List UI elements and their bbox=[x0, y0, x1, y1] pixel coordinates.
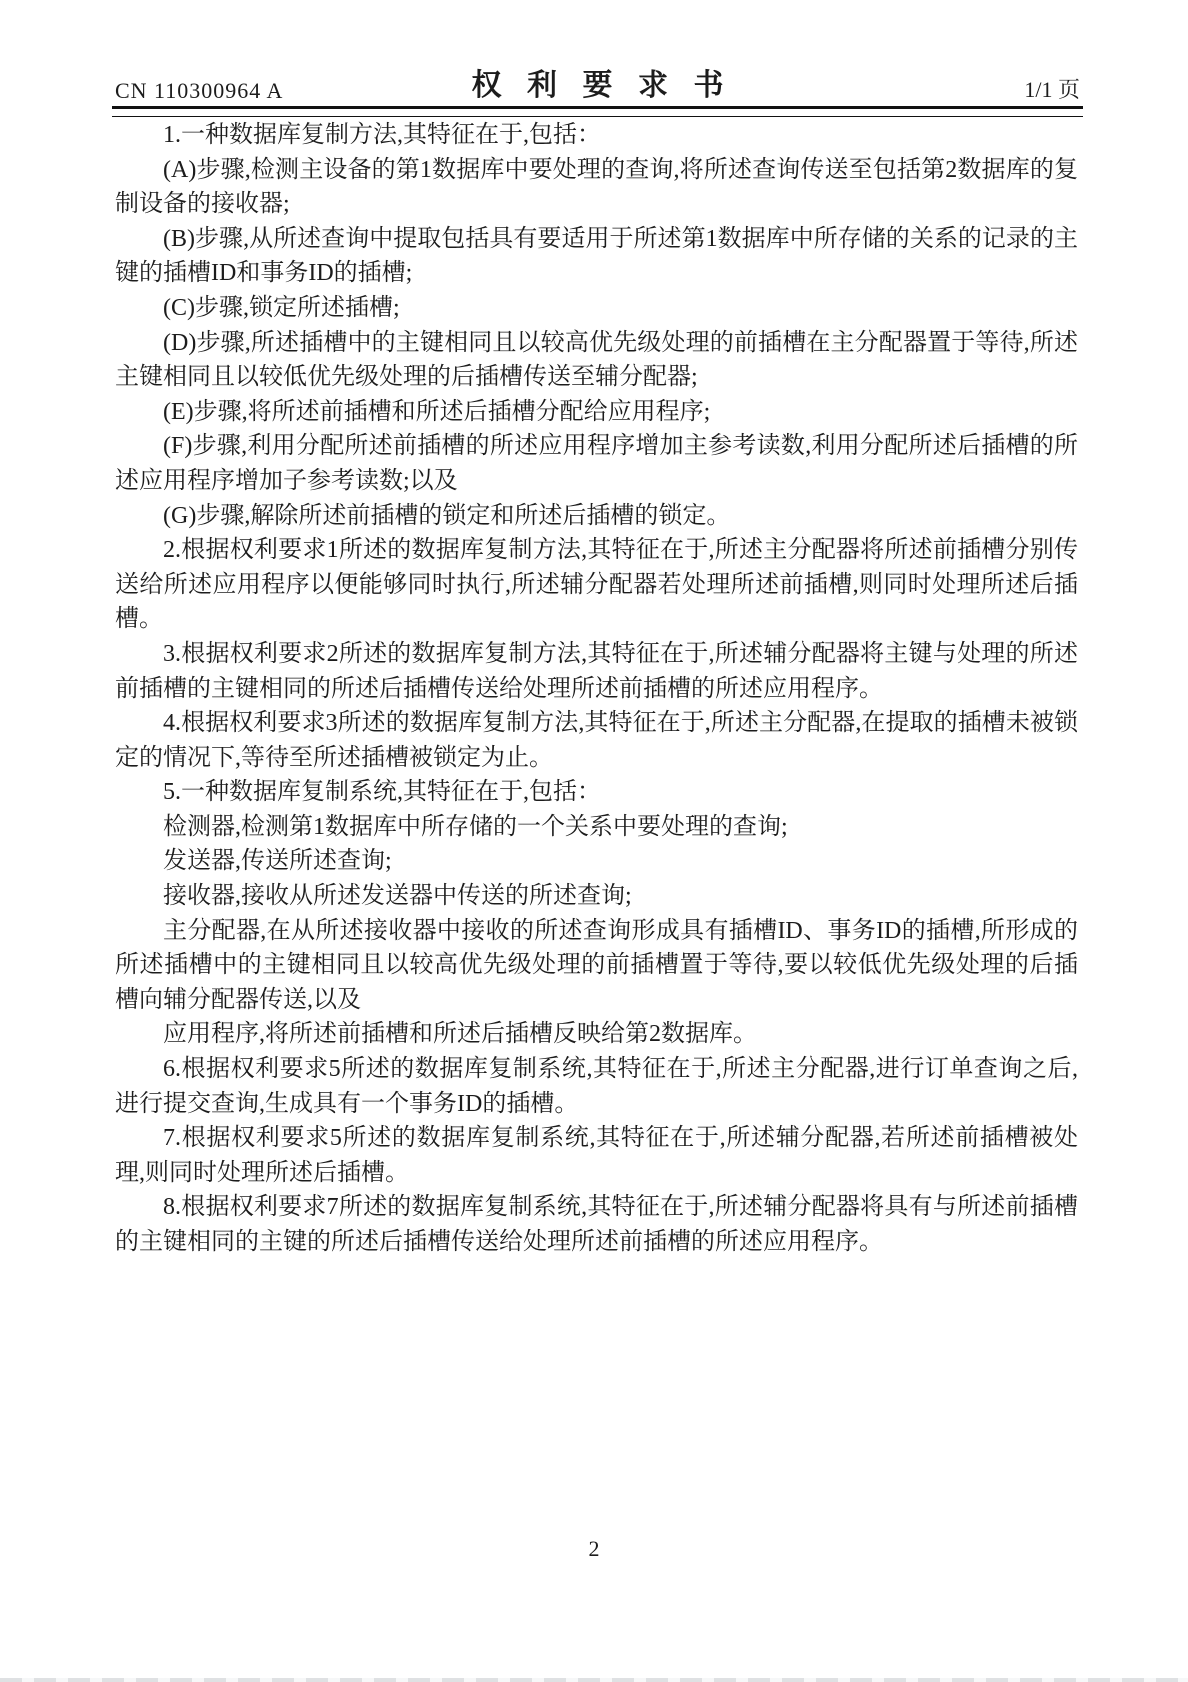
claim-paragraph: 2.根据权利要求1所述的数据库复制方法,其特征在于,所述主分配器将所述前插槽分别… bbox=[115, 533, 1078, 637]
claim-paragraph: 接收器,接收从所述发送器中传送的所述查询; bbox=[115, 879, 1078, 914]
page-header: CN 110300964 A 权利要求书 1/1 页 bbox=[115, 72, 1080, 104]
claim-paragraph: (A)步骤,检测主设备的第1数据库中要处理的查询,将所述查询传送至包括第2数据库… bbox=[115, 153, 1078, 222]
claim-paragraph: 6.根据权利要求5所述的数据库复制系统,其特征在于,所述主分配器,进行订单查询之… bbox=[115, 1052, 1078, 1121]
claim-paragraph: 应用程序,将所述前插槽和所述后插槽反映给第2数据库。 bbox=[115, 1017, 1078, 1052]
claim-paragraph: 1.一种数据库复制方法,其特征在于,包括： bbox=[115, 118, 1078, 153]
claim-paragraph: (C)步骤,锁定所述插槽; bbox=[115, 291, 1078, 326]
claim-paragraph: 5.一种数据库复制系统,其特征在于,包括： bbox=[115, 775, 1078, 810]
claim-paragraph: 3.根据权利要求2所述的数据库复制方法,其特征在于,所述辅分配器将主键与处理的所… bbox=[115, 637, 1078, 706]
document-number: CN 110300964 A bbox=[115, 78, 283, 104]
claim-paragraph: (F)步骤,利用分配所述前插槽的所述应用程序增加主参考读数,利用分配所述后插槽的… bbox=[115, 429, 1078, 498]
claims-body: 1.一种数据库复制方法,其特征在于,包括： (A)步骤,检测主设备的第1数据库中… bbox=[115, 118, 1078, 1260]
claim-paragraph: 检测器,检测第1数据库中所存储的一个关系中要处理的查询; bbox=[115, 810, 1078, 845]
claim-paragraph: (B)步骤,从所述查询中提取包括具有要适用于所述第1数据库中所存储的关系的记录的… bbox=[115, 222, 1078, 291]
claim-paragraph: 主分配器,在从所述接收器中接收的所述查询形成具有插槽ID、事务ID的插槽,所形成… bbox=[115, 914, 1078, 1018]
claim-paragraph: 发送器,传送所述查询; bbox=[115, 844, 1078, 879]
claim-paragraph: 8.根据权利要求7所述的数据库复制系统,其特征在于,所述辅分配器将具有与所述前插… bbox=[115, 1190, 1078, 1259]
page-indicator: 1/1 页 bbox=[1024, 73, 1080, 104]
claim-paragraph: (D)步骤,所述插槽中的主键相同且以较高优先级处理的前插槽在主分配器置于等待,所… bbox=[115, 326, 1078, 395]
patent-claims-page: CN 110300964 A 权利要求书 1/1 页 1.一种数据库复制方法,其… bbox=[0, 0, 1188, 1682]
header-divider bbox=[112, 106, 1083, 117]
page-number: 2 bbox=[0, 1536, 1188, 1562]
claim-paragraph: (E)步骤,将所述前插槽和所述后插槽分配给应用程序; bbox=[115, 395, 1078, 430]
claim-paragraph: 4.根据权利要求3所述的数据库复制方法,其特征在于,所述主分配器,在提取的插槽未… bbox=[115, 706, 1078, 775]
claim-paragraph: (G)步骤,解除所述前插槽的锁定和所述后插槽的锁定。 bbox=[115, 499, 1078, 534]
scan-edge-artifact bbox=[0, 1678, 1188, 1682]
claim-paragraph: 7.根据权利要求5所述的数据库复制系统,其特征在于,所述辅分配器,若所述前插槽被… bbox=[115, 1121, 1078, 1190]
